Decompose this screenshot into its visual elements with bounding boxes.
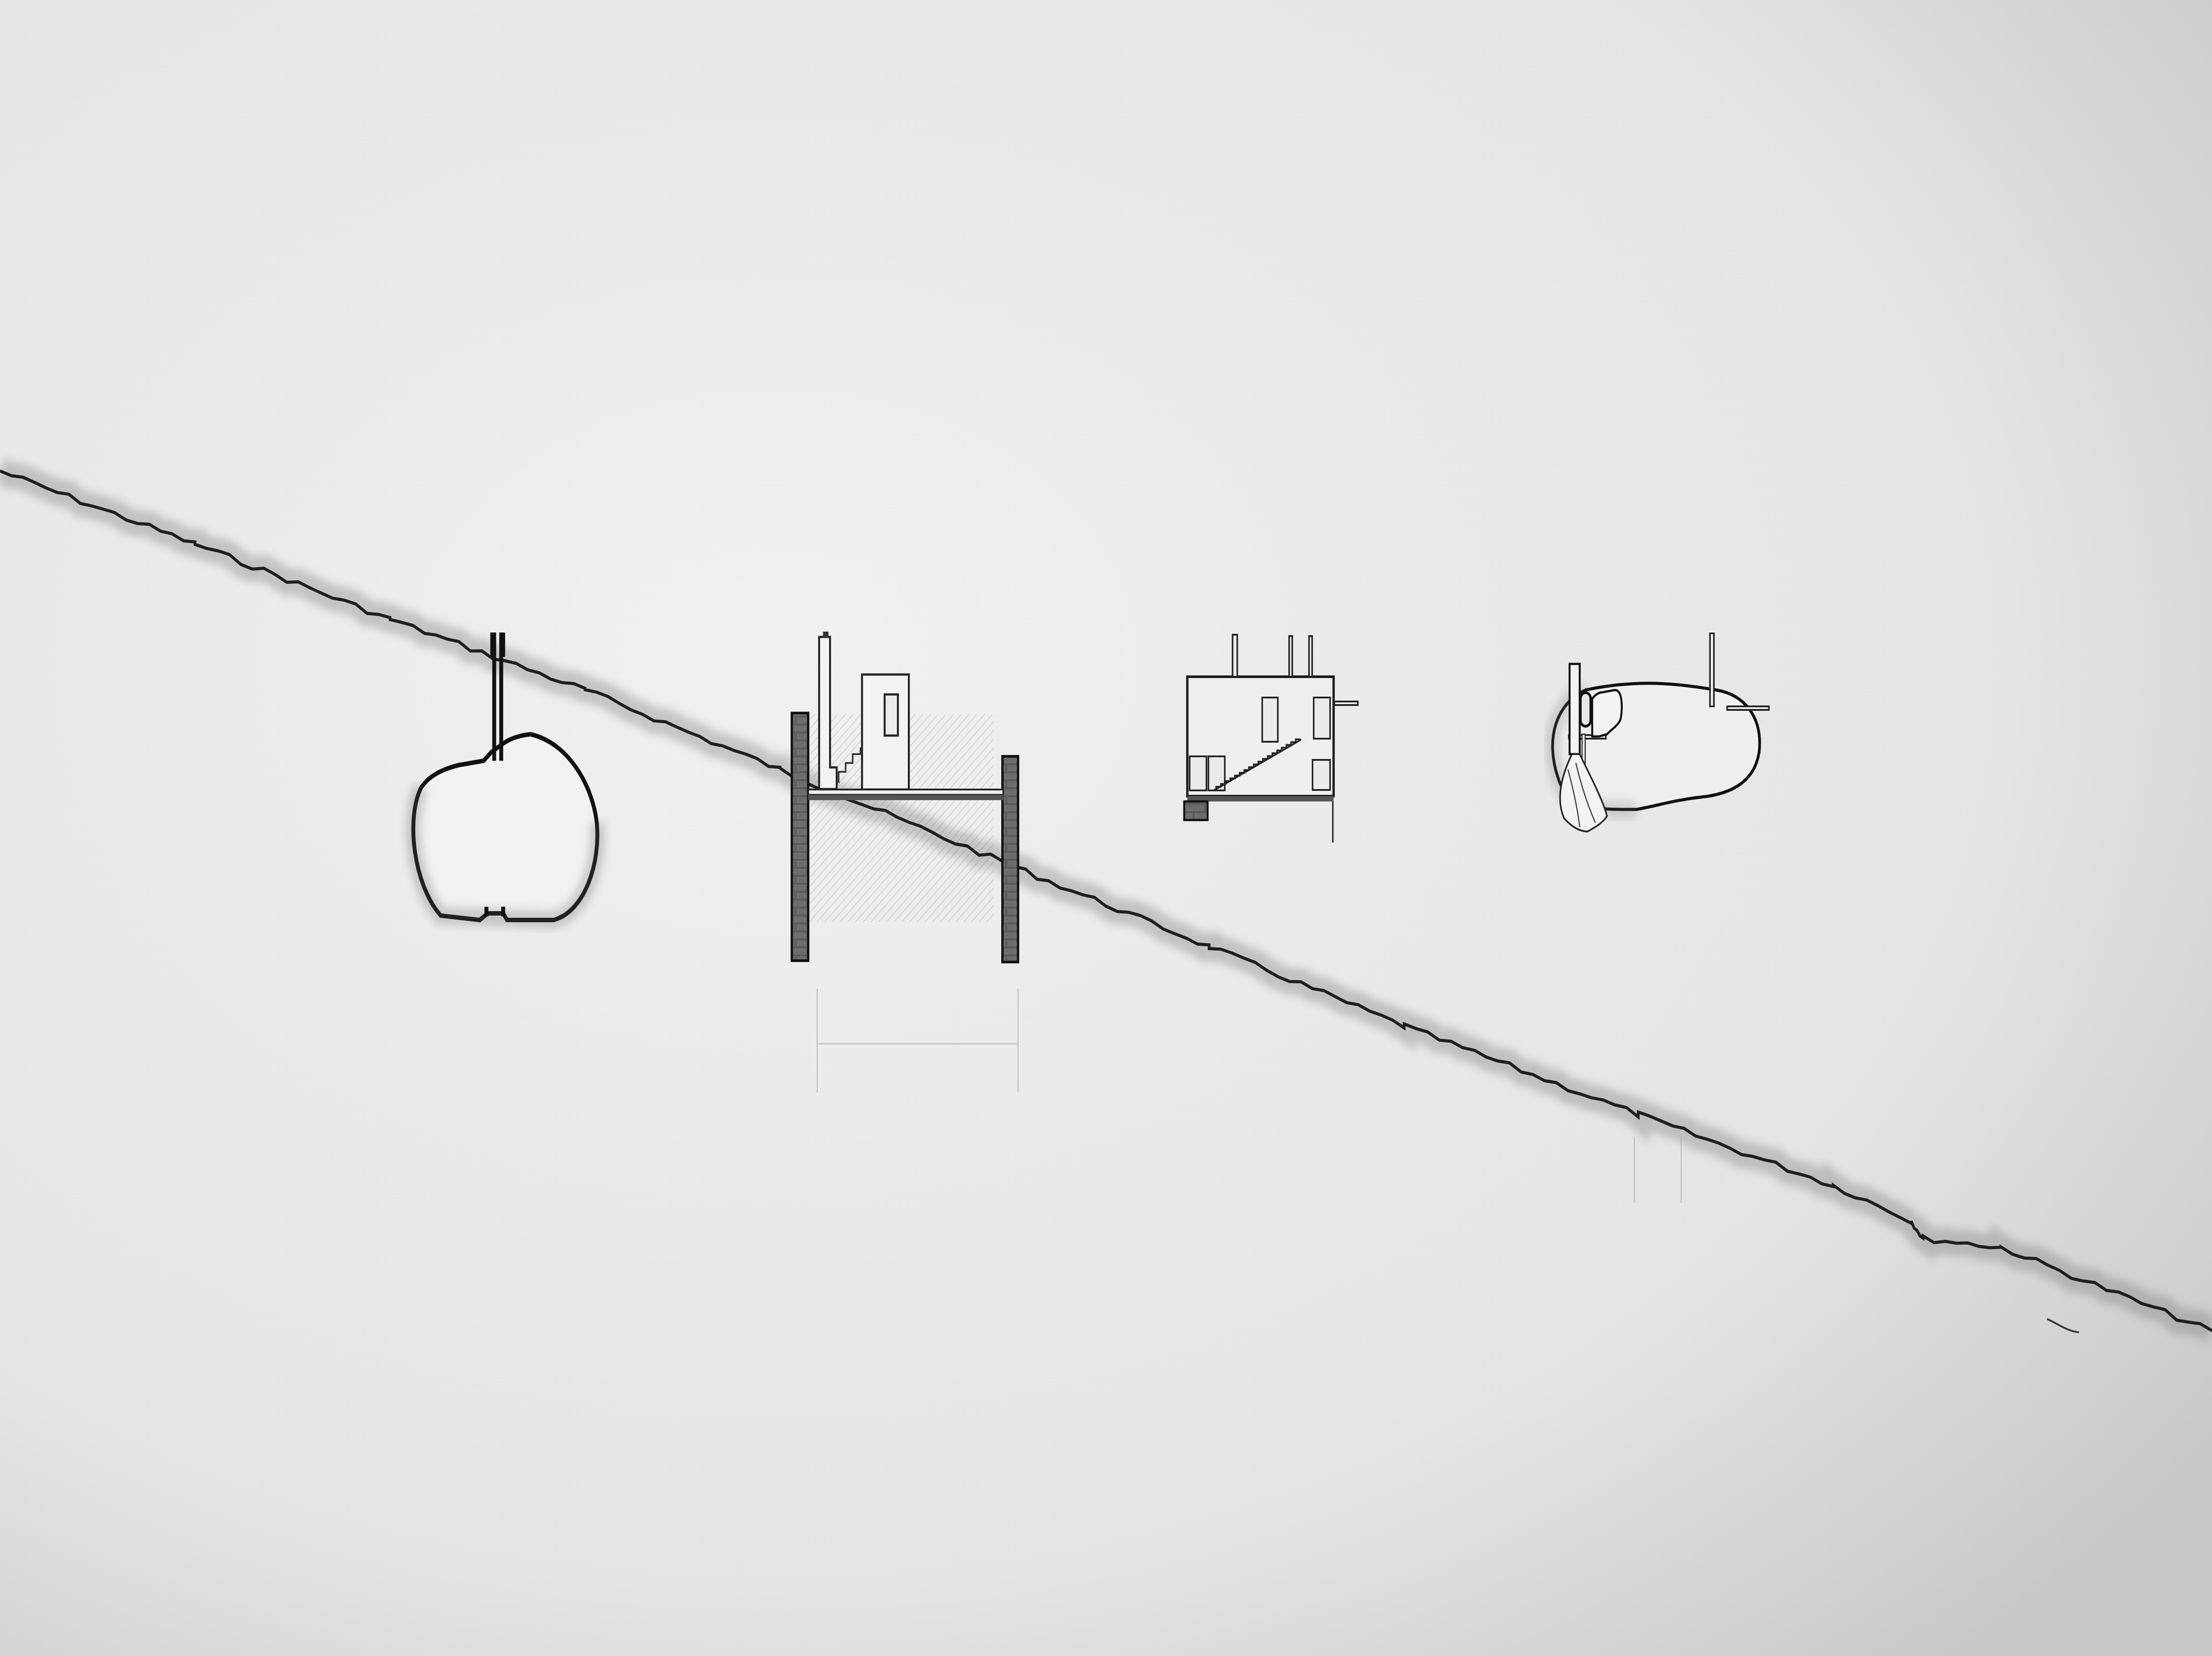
paper-background [0, 0, 2212, 1656]
hillside-section-drawing [0, 0, 2212, 1656]
